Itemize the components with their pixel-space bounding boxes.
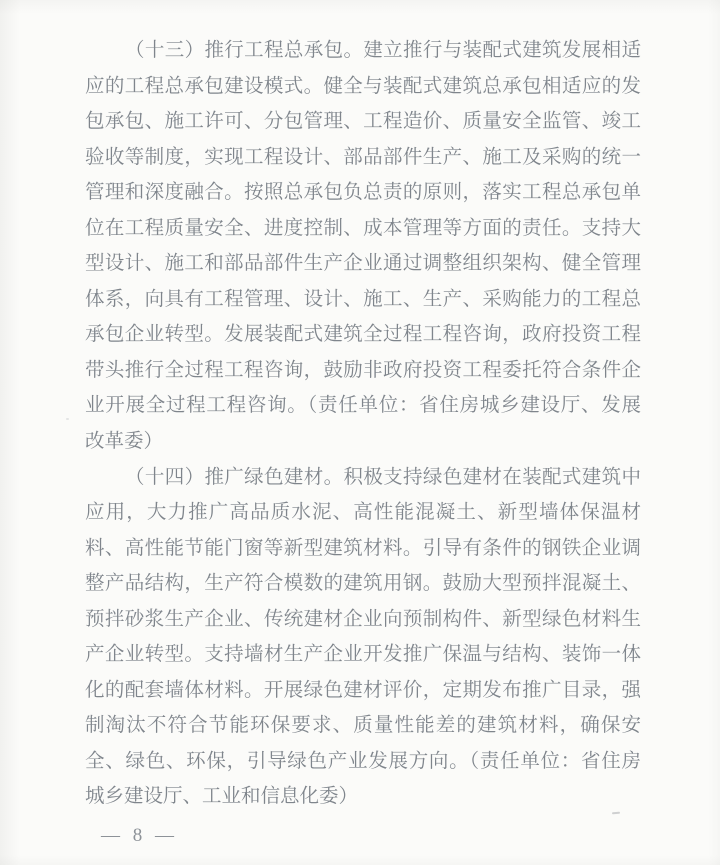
text-line: 化的配套墙体材料。开展绿色建材评价，定期发布推广目录，强 [85, 673, 641, 709]
text-line: 业开展全过程工程咨询。（责任单位：省住房城乡建设厅、发展 [85, 388, 641, 424]
text-line: 型设计、施工和部品部件生产企业通过调整组织架构、健全管理 [85, 246, 641, 282]
text-line: 应用，大力推广高品质水泥、高性能混凝土、新型墙体保温材 [85, 495, 641, 531]
text-line: 位在工程质量安全、进度控制、成本管理等方面的责任。支持大 [85, 211, 641, 247]
text-line: 承包企业转型。发展装配式建筑全过程工程咨询，政府投资工程 [85, 317, 641, 353]
page-number: — 8 — [101, 822, 178, 850]
text-line: 料、高性能节能门窗等新型建筑材料。引导有条件的钢铁企业调 [85, 531, 641, 567]
document-text-block: （十三）推行工程总承包。建立推行与装配式建筑发展相适 应的工程总承包建设模式。健… [85, 33, 641, 815]
text-line: 改革委） [85, 424, 641, 460]
text-line: 管理和深度融合。按照总承包负总责的原则，落实工程总承包单 [85, 175, 641, 211]
text-line: 应的工程总承包建设模式。健全与装配式建筑总承包相适应的发 [85, 69, 641, 105]
text-line: 制淘汰不符合节能环保要求、质量性能差的建筑材料，确保安 [85, 708, 641, 744]
text-line: 体系，向具有工程管理、设计、施工、生产、采购能力的工程总 [85, 282, 641, 318]
text-line: 产企业转型。支持墙材生产企业开发推广保温与结构、装饰一体 [85, 637, 641, 673]
paragraph-section-13: （十三）推行工程总承包。建立推行与装配式建筑发展相适 应的工程总承包建设模式。健… [85, 33, 641, 460]
paragraph-section-14: （十四）推广绿色建材。积极支持绿色建材在装配式建筑中 应用，大力推广高品质水泥、… [85, 460, 641, 815]
text-line: 带头推行全过程工程咨询，鼓励非政府投资工程委托符合条件企 [85, 353, 641, 389]
text-line: 城乡建设厅、工业和信息化委） [85, 779, 641, 815]
scan-artifact [66, 418, 69, 420]
text-line: 验收等制度，实现工程设计、部品部件生产、施工及采购的统一 [85, 140, 641, 176]
text-line: 全、绿色、环保，引导绿色产业发展方向。（责任单位：省住房 [85, 744, 641, 780]
text-line: （十四）推广绿色建材。积极支持绿色建材在装配式建筑中 [85, 460, 641, 496]
text-line: （十三）推行工程总承包。建立推行与装配式建筑发展相适 [85, 33, 641, 69]
text-line: 包承包、施工许可、分包管理、工程造价、质量安全监管、竣工 [85, 104, 641, 140]
text-line: 预拌砂浆生产企业、传统建材企业向预制构件、新型绿色材料生 [85, 602, 641, 638]
text-line: 整产品结构，生产符合模数的建筑用钢。鼓励大型预拌混凝土、 [85, 566, 641, 602]
